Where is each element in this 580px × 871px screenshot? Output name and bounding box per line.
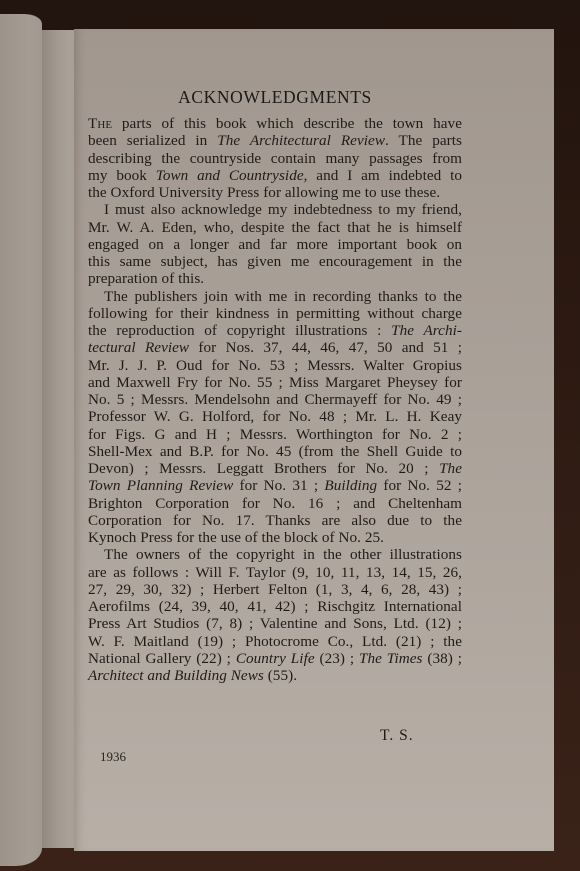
- text-line: are as follows : Will F. Taylor (9, 10, …: [88, 564, 462, 581]
- text-segment: Corporation for No. 17. Thanks are also …: [88, 512, 462, 529]
- text-line: Brighton Corporation for No. 16 ; and Ch…: [88, 495, 462, 512]
- text-segment: Shell-Mex and B.P. for No. 45 (from the …: [88, 443, 462, 460]
- text-segment: the Oxford University Press for allowing…: [88, 184, 440, 201]
- text-line: The publishers join with me in recording…: [88, 288, 462, 305]
- page-title: ACKNOWLEDGMENTS: [88, 89, 462, 106]
- text-segment: The: [439, 460, 462, 477]
- text-segment: Town and Countryside: [156, 167, 304, 184]
- text-segment: Kynoch Press for the use of the block of…: [88, 529, 384, 546]
- text-segment: The publishers join with me in recording…: [104, 288, 462, 305]
- text-line: Shell-Mex and B.P. for No. 45 (from the …: [88, 443, 462, 460]
- text-line: describing the countryside contain many …: [88, 150, 462, 167]
- paragraphs-container: The parts of this book which describe th…: [88, 115, 462, 684]
- text-line: Corporation for No. 17. Thanks are also …: [88, 512, 462, 529]
- text-segment: preparation of this.: [88, 270, 204, 287]
- text-segment: Devon) ; Messrs. Leggatt Brothers for No…: [88, 460, 439, 477]
- text-segment: , and I am indebted to: [304, 167, 462, 184]
- text-line: National Gallery (22) ; Country Life (23…: [88, 650, 462, 667]
- paragraph-publishers: The publishers join with me in recording…: [88, 288, 462, 547]
- text-line: Architect and Building News (55).: [88, 667, 462, 684]
- text-line: tectural Review for Nos. 37, 44, 46, 47,…: [88, 339, 462, 356]
- text-line: Professor W. G. Holford, for No. 48 ; Mr…: [88, 408, 462, 425]
- text-segment: and Maxwell Fry for No. 55 ; Miss Margar…: [88, 374, 462, 391]
- text-segment: following for their kindness in permitti…: [88, 305, 462, 322]
- text-line: for Figs. G and H ; Messrs. Worthington …: [88, 426, 462, 443]
- text-segment: Brighton Corporation for No. 16 ; and Ch…: [88, 495, 462, 512]
- text-segment: engaged on a longer and far more importa…: [88, 236, 462, 253]
- text-segment: Town Planning Review: [88, 477, 233, 494]
- facing-page-edge: [0, 14, 42, 866]
- book-page: ACKNOWLEDGMENTS The parts of this book w…: [74, 29, 554, 851]
- text-segment: (55).: [264, 667, 297, 684]
- text-line: Press Art Studios (7, 8) ; Valentine and…: [88, 615, 462, 632]
- text-line: this same subject, has given me encourag…: [88, 253, 462, 270]
- text-line: the Oxford University Press for allowing…: [88, 184, 462, 201]
- text-segment: for No. 52 ;: [377, 477, 462, 494]
- text-segment: 27, 29, 30, 32) ; Herbert Felton (1, 3, …: [88, 581, 462, 598]
- text-segment: for Nos. 37, 44, 46, 47, 50 and 51 ;: [189, 339, 462, 356]
- text-line: preparation of this.: [88, 270, 462, 287]
- text-segment: been serialized in: [88, 132, 217, 149]
- author-initials: T. S.: [380, 727, 414, 745]
- page-body: ACKNOWLEDGMENTS The parts of this book w…: [88, 115, 462, 684]
- text-line: and Maxwell Fry for No. 55 ; Miss Margar…: [88, 374, 462, 391]
- year-date: 1936: [100, 749, 126, 765]
- text-line: Aerofilms (24, 39, 40, 41, 42) ; Rischgi…: [88, 598, 462, 615]
- text-line: my book Town and Countryside, and I am i…: [88, 167, 462, 184]
- text-segment: No. 5 ; Messrs. Mendelsohn and Chermayef…: [88, 391, 462, 408]
- text-segment: this same subject, has given me encourag…: [88, 253, 462, 270]
- text-line: 27, 29, 30, 32) ; Herbert Felton (1, 3, …: [88, 581, 462, 598]
- text-segment: Architect and Building News: [88, 667, 264, 684]
- book-gutter: [42, 30, 78, 848]
- text-segment: Mr. J. J. P. Oud for No. 53 ; Messrs. Wa…: [88, 357, 462, 374]
- text-segment: Country Life: [236, 650, 315, 667]
- text-line: been serialized in The Architectural Rev…: [88, 132, 462, 149]
- text-segment: Mr. W. A. Eden, who, despite the fact th…: [88, 219, 462, 236]
- text-segment: describing the countryside contain many …: [88, 150, 462, 167]
- paragraph-serialization: The parts of this book which describe th…: [88, 115, 462, 201]
- text-segment: for No. 31 ;: [233, 477, 324, 494]
- text-line: I must also acknowledge my indebtedness …: [88, 201, 462, 218]
- text-segment: for Figs. G and H ; Messrs. Worthington …: [88, 426, 462, 443]
- text-segment: I must also acknowledge my indebtedness …: [104, 201, 462, 218]
- text-line: No. 5 ; Messrs. Mendelsohn and Chermayef…: [88, 391, 462, 408]
- text-segment: parts of this book which describe the to…: [112, 115, 462, 132]
- text-segment: the reproduction of copyright illustrati…: [88, 322, 391, 339]
- text-segment: The Archi-: [391, 322, 462, 339]
- text-segment: Aerofilms (24, 39, 40, 41, 42) ; Rischgi…: [88, 598, 462, 615]
- text-segment: The owners of the copyright in the other…: [104, 546, 462, 563]
- text-segment: National Gallery (22) ;: [88, 650, 236, 667]
- text-segment: The Architectural Review: [217, 132, 385, 149]
- text-line: Mr. J. J. P. Oud for No. 53 ; Messrs. Wa…: [88, 357, 462, 374]
- text-segment: Professor W. G. Holford, for No. 48 ; Mr…: [88, 408, 462, 425]
- paragraph-eden: I must also acknowledge my indebtedness …: [88, 201, 462, 287]
- text-segment: my book: [88, 167, 156, 184]
- text-line: engaged on a longer and far more importa…: [88, 236, 462, 253]
- text-segment: Press Art Studios (7, 8) ; Valentine and…: [88, 615, 462, 632]
- text-line: The owners of the copyright in the other…: [88, 546, 462, 563]
- text-line: Mr. W. A. Eden, who, despite the fact th…: [88, 219, 462, 236]
- text-line: Devon) ; Messrs. Leggatt Brothers for No…: [88, 460, 462, 477]
- text-segment: are as follows : Will F. Taylor (9, 10, …: [88, 564, 462, 581]
- text-segment: (38) ;: [423, 650, 463, 667]
- text-segment: . The parts: [385, 132, 462, 149]
- text-line: The parts of this book which describe th…: [88, 115, 462, 132]
- text-segment: tectural Review: [88, 339, 189, 356]
- text-line: Town Planning Review for No. 31 ; Buildi…: [88, 477, 462, 494]
- text-segment: Building: [324, 477, 377, 494]
- text-line: Kynoch Press for the use of the block of…: [88, 529, 462, 546]
- text-segment: The: [88, 115, 112, 132]
- text-segment: (23) ;: [315, 650, 359, 667]
- text-line: W. F. Maitland (19) ; Photocrome Co., Lt…: [88, 633, 462, 650]
- text-line: following for their kindness in permitti…: [88, 305, 462, 322]
- text-line: the reproduction of copyright illustrati…: [88, 322, 462, 339]
- paragraph-owners: The owners of the copyright in the other…: [88, 546, 462, 684]
- text-segment: The Times: [359, 650, 423, 667]
- text-segment: W. F. Maitland (19) ; Photocrome Co., Lt…: [88, 633, 462, 650]
